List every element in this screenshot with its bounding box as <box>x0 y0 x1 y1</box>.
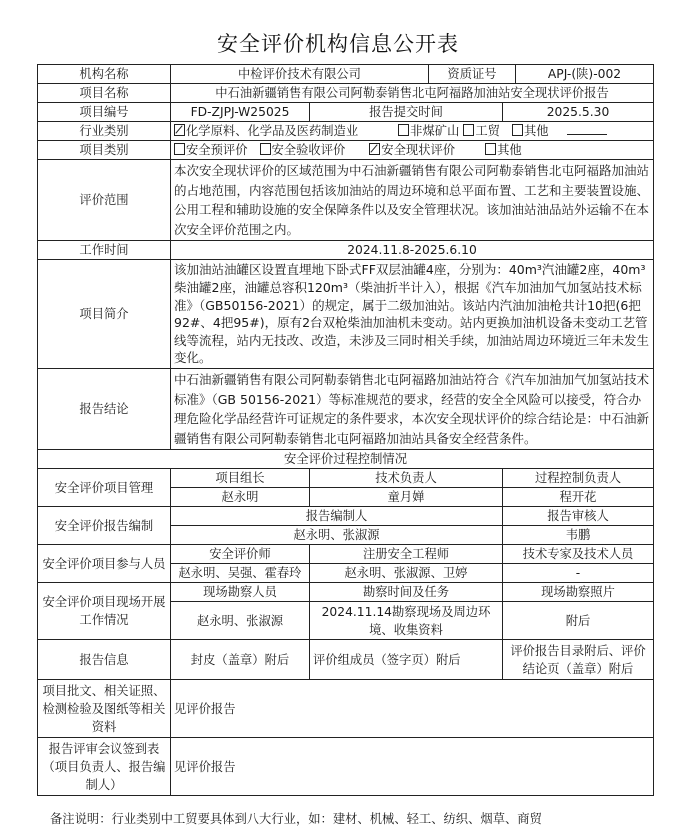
project-type-label: 项目类别 <box>38 141 171 160</box>
compile-header-author: 报告编制人 <box>171 507 503 526</box>
compile-author: 赵永明、张淑源 <box>171 526 503 545</box>
summary-label: 项目简介 <box>38 260 171 369</box>
participants-expert: - <box>503 564 654 583</box>
checkbox-icon[interactable] <box>485 143 496 155</box>
management-header-tech: 技术负责人 <box>310 469 503 488</box>
site-header-photos: 现场勘察照片 <box>503 583 654 602</box>
site-staff: 赵永明、张淑源 <box>171 602 310 640</box>
row-documents: 项目批文、相关证照、检测检验及图纸等相关资料 见评价报告 <box>38 680 654 738</box>
participants-header-assessor: 安全评价师 <box>171 545 310 564</box>
site-photos: 附后 <box>503 602 654 640</box>
compile-label: 安全评价报告编制 <box>38 507 171 545</box>
type-option-other[interactable]: 其他 <box>485 141 522 159</box>
report-info-signatures: 评价组成员（签字页）附后 <box>310 640 503 680</box>
site-work-label: 安全评价项目现场开展工作情况 <box>38 583 171 640</box>
row-scope: 评价范围 本次安全现状评价的区域范围为中石油新疆销售有限公司阿勒泰销售北屯阿福路… <box>38 160 654 241</box>
project-code: FD-ZJPJ-W25025 <box>171 103 310 122</box>
row-summary: 项目简介 该加油站油罐区设置直埋地下卧式FF双层油罐4座，分别为：40m³汽油罐… <box>38 260 654 369</box>
management-process: 程开花 <box>503 488 654 507</box>
checkbox-icon[interactable] <box>463 124 474 136</box>
site-time: 2024.11.14勘察现场及周边环境、收集资料 <box>310 602 503 640</box>
row-review: 报告评审会议签到表（项目负责人、报告编制人） 见评价报告 <box>38 738 654 796</box>
checkbox-icon[interactable] <box>512 124 523 136</box>
info-table: 机构名称 中检评价技术有限公司 资质证号 APJ-(陕)-002 项目名称 中石… <box>37 64 654 796</box>
submit-date: 2025.5.30 <box>503 103 654 122</box>
management-leader: 赵永明 <box>171 488 310 507</box>
compile-reviewer: 韦鹏 <box>503 526 654 545</box>
submit-label: 报告提交时间 <box>310 103 503 122</box>
row-industry: 行业类别 化学原料、化学品及医药制造业非煤矿山工贸其他 <box>38 122 654 141</box>
checkbox-icon[interactable] <box>398 124 409 136</box>
participants-label: 安全评价项目参与人员 <box>38 545 171 583</box>
industry-option-mining[interactable]: 非煤矿山 <box>398 122 459 140</box>
conclusion-text: 中石油新疆销售有限公司阿勒泰销售北屯阿福路加油站符合《汽车加油加气加氢站技术标准… <box>171 368 654 449</box>
row-work-time: 工作时间 2024.11.8-2025.6.10 <box>38 241 654 260</box>
industry-option-chemical[interactable]: 化学原料、化学品及医药制造业 <box>174 122 358 140</box>
documents-label: 项目批文、相关证照、检测检验及图纸等相关资料 <box>38 680 171 738</box>
industry-label: 行业类别 <box>38 122 171 141</box>
scope-text: 本次安全现状评价的区域范围为中石油新疆销售有限公司阿勒泰销售北屯阿福路加油站的占… <box>171 160 654 241</box>
row-compile-headers: 安全评价报告编制 报告编制人 报告审核人 <box>38 507 654 526</box>
management-tech: 童月婵 <box>310 488 503 507</box>
management-label: 安全评价项目管理 <box>38 469 171 507</box>
row-management-headers: 安全评价项目管理 项目组长 技术负责人 过程控制负责人 <box>38 469 654 488</box>
management-header-process: 过程控制负责人 <box>503 469 654 488</box>
cert-label: 资质证号 <box>429 65 516 84</box>
other-blank-line <box>567 134 607 135</box>
report-info-label: 报告信息 <box>38 640 171 680</box>
participants-header-engineer: 注册安全工程师 <box>310 545 503 564</box>
work-time-label: 工作时间 <box>38 241 171 260</box>
type-option-acceptance[interactable]: 安全验收评价 <box>260 141 346 159</box>
review-label: 报告评审会议签到表（项目负责人、报告编制人） <box>38 738 171 796</box>
footnote: 备注说明：行业类别中工贸要具体到八大行业，如：建材、机械、轻工、纺织、烟草、商贸 <box>50 809 542 827</box>
project-code-label: 项目编号 <box>38 103 171 122</box>
row-project-type: 项目类别 安全预评价安全验收评价安全现状评价其他 <box>38 141 654 160</box>
process-section-header: 安全评价过程控制情况 <box>38 450 654 469</box>
checkbox-checked-icon[interactable] <box>174 124 185 136</box>
site-header-staff: 现场勘察人员 <box>171 583 310 602</box>
review-value: 见评价报告 <box>171 738 654 796</box>
industry-option-other[interactable]: 其他 <box>512 122 549 140</box>
row-institution: 机构名称 中检评价技术有限公司 资质证号 APJ-(陕)-002 <box>38 65 654 84</box>
summary-text: 该加油站油罐区设置直埋地下卧式FF双层油罐4座，分别为：40m³汽油罐2座，40… <box>171 260 654 369</box>
page-title: 安全评价机构信息公开表 <box>0 28 676 58</box>
institution-name: 中检评价技术有限公司 <box>171 65 429 84</box>
checkbox-checked-icon[interactable] <box>369 143 380 155</box>
checkbox-icon[interactable] <box>174 143 185 155</box>
participants-assessor: 赵永明、吴强、霍春玲 <box>171 564 310 583</box>
work-time-value: 2024.11.8-2025.6.10 <box>171 241 654 260</box>
row-conclusion: 报告结论 中石油新疆销售有限公司阿勒泰销售北屯阿福路加油站符合《汽车加油加气加氢… <box>38 368 654 449</box>
checkbox-icon[interactable] <box>260 143 271 155</box>
industry-options: 化学原料、化学品及医药制造业非煤矿山工贸其他 <box>171 122 654 141</box>
management-header-leader: 项目组长 <box>171 469 310 488</box>
documents-value: 见评价报告 <box>171 680 654 738</box>
participants-header-expert: 技术专家及技术人员 <box>503 545 654 564</box>
participants-engineer: 赵永明、张淑源、卫婷 <box>310 564 503 583</box>
scope-label: 评价范围 <box>38 160 171 241</box>
row-project-name: 项目名称 中石油新疆销售有限公司阿勒泰销售北屯阿福路加油站安全现状评价报告 <box>38 84 654 103</box>
row-project-code: 项目编号 FD-ZJPJ-W25025 报告提交时间 2025.5.30 <box>38 103 654 122</box>
compile-header-reviewer: 报告审核人 <box>503 507 654 526</box>
project-name: 中石油新疆销售有限公司阿勒泰销售北屯阿福路加油站安全现状评价报告 <box>171 84 654 103</box>
institution-name-label: 机构名称 <box>38 65 171 84</box>
row-report-info: 报告信息 封皮（盖章）附后 评价组成员（签字页）附后 评价报告目录附后、评价结论… <box>38 640 654 680</box>
report-info-cover: 封皮（盖章）附后 <box>171 640 310 680</box>
industry-option-trade[interactable]: 工贸 <box>463 122 500 140</box>
conclusion-label: 报告结论 <box>38 368 171 449</box>
project-type-options: 安全预评价安全验收评价安全现状评价其他 <box>171 141 654 160</box>
row-process-header: 安全评价过程控制情况 <box>38 450 654 469</box>
cert-no: APJ-(陕)-002 <box>516 65 654 84</box>
type-option-status[interactable]: 安全现状评价 <box>369 141 455 159</box>
row-participants-headers: 安全评价项目参与人员 安全评价师 注册安全工程师 技术专家及技术人员 <box>38 545 654 564</box>
row-site-headers: 安全评价项目现场开展工作情况 现场勘察人员 勘察时间及任务 现场勘察照片 <box>38 583 654 602</box>
type-option-pre[interactable]: 安全预评价 <box>174 141 248 159</box>
site-header-time: 勘察时间及任务 <box>310 583 503 602</box>
project-name-label: 项目名称 <box>38 84 171 103</box>
report-info-contents: 评价报告目录附后、评价结论页（盖章）附后 <box>503 640 654 680</box>
